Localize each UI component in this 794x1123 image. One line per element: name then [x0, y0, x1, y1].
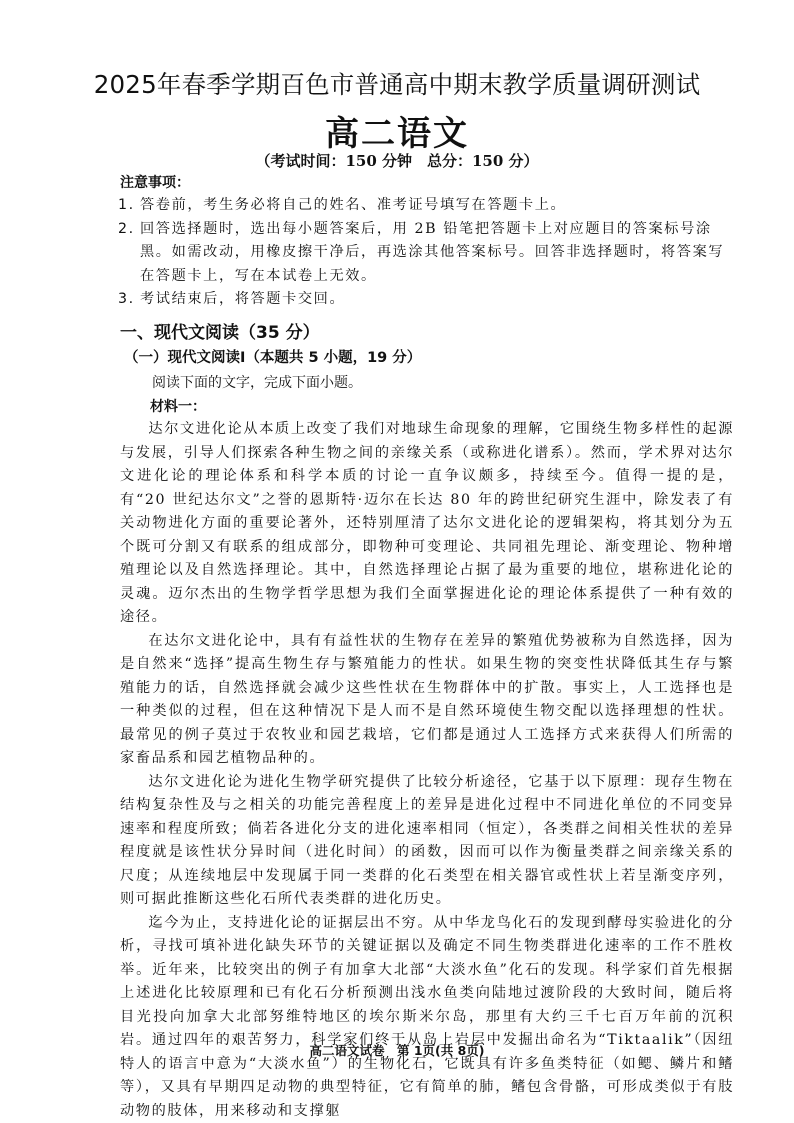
notes-list: 1. 答卷前，考生务必将自己的姓名、准考证号填写在答题卡上。 2. 回答选择题时… [118, 194, 738, 312]
notes-heading: 注意事项： [120, 172, 190, 192]
note-number: 3. [118, 288, 140, 312]
note-number: 2. [118, 218, 140, 289]
note-text: 回答选择题时，选出每小题答案后，用 2B 铅笔把答题卡上对应题目的答案标号涂黑。… [140, 218, 738, 289]
passage-paragraph: 达尔文进化论为进化生物学研究提供了比较分析途径，它基于以下原理：现存生物在结构复… [120, 771, 734, 912]
exam-title: 2025年春季学期百色市普通高中期末教学质量调研测试 [0, 66, 794, 101]
note-text: 考试结束后，将答题卡交回。 [140, 288, 738, 312]
exam-info: （考试时间：150 分钟 总分：150 分） [0, 150, 794, 171]
passage-paragraph: 迄今为止，支持进化论的证据层出不穷。从中华龙鸟化石的发现到酵母实验进化的分析，寻… [120, 912, 734, 1123]
section-heading: 一、现代文阅读（35 分） [120, 318, 320, 343]
subject-title: 高二语文 [0, 106, 794, 155]
note-item: 3. 考试结束后，将答题卡交回。 [118, 288, 738, 312]
reading-instruction: 阅读下面的文字，完成下面小题。 [152, 372, 362, 392]
note-text: 答卷前，考生务必将自己的姓名、准考证号填写在答题卡上。 [140, 194, 738, 218]
note-number: 1. [118, 194, 140, 218]
passage-paragraph: 在达尔文进化论中，具有有益性状的生物存在差异的繁殖优势被称为自然选择，因为是自然… [120, 630, 734, 771]
material-label: 材料一： [150, 396, 206, 416]
note-item: 2. 回答选择题时，选出每小题答案后，用 2B 铅笔把答题卡上对应题目的答案标号… [118, 218, 738, 289]
exam-page: 2025年春季学期百色市普通高中期末教学质量调研测试 高二语文 （考试时间：15… [0, 0, 794, 1123]
reading-passage: 达尔文进化论从本质上改变了我们对地球生命现象的理解，它围绕生物多样性的起源与发展… [120, 418, 734, 1123]
passage-paragraph: 达尔文进化论从本质上改变了我们对地球生命现象的理解，它围绕生物多样性的起源与发展… [120, 418, 734, 630]
subsection-heading: （一）现代文阅读Ⅰ（本题共 5 小题，19 分） [124, 346, 421, 367]
page-footer: 高二语文试卷 第 1页(共 8页) [0, 1041, 794, 1059]
note-item: 1. 答卷前，考生务必将自己的姓名、准考证号填写在答题卡上。 [118, 194, 738, 218]
